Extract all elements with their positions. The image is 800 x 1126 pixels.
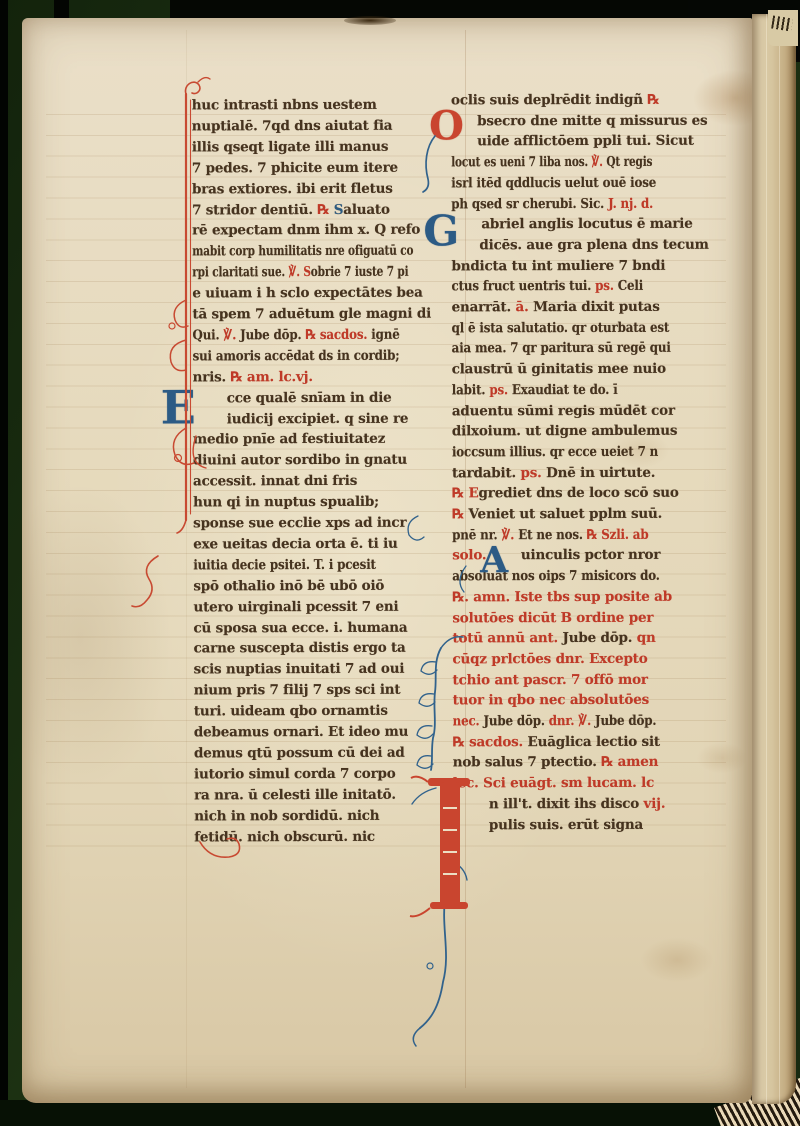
text-segment: nob salus 7 ptectio. — [453, 754, 602, 770]
text-line: ph qsed sr cherubi. Sic. J. nj. d. — [451, 193, 653, 215]
text-line: nris. ℞ am. lc.vj. — [193, 367, 313, 388]
illuminated-initial-o: O — [429, 106, 464, 146]
text-line: sui amoris accēdat ds in cordib; — [193, 346, 400, 368]
text-line: iutorio simul corda 7 corpo — [194, 764, 396, 786]
text-segment: rē expectam dnm ihm x. Q refo — [192, 222, 420, 239]
text-segment: Jube dōp. — [563, 630, 637, 646]
text-line: tuor in qbo nec absolutōes — [453, 690, 649, 712]
text-segment: exe ueitas decia orta ē. ti iu — [193, 536, 397, 553]
text-segment: hun qi in nuptus spualib; — [193, 494, 379, 511]
text-line: e uiuam i h sclo expectātes bea — [192, 283, 422, 305]
text-line: lec. Sci euāgt. sm lucam. lc — [453, 773, 654, 795]
text-segment: carne suscepta distis ergo ta — [194, 640, 406, 657]
text-segment: diuini autor sordibo in gnatu — [193, 452, 407, 469]
text-segment: spō othalio inō bē ubō oiō — [193, 577, 384, 594]
text-segment: dnr. ℣. — [549, 713, 595, 729]
text-line: solutōes dicūt B ordine per — [452, 607, 653, 629]
text-segment: Celi — [618, 278, 643, 294]
text-line: uide afflictōem ppli tui. Sicut — [451, 131, 694, 153]
text-line: bras extiores. ibi erit fletus — [192, 178, 393, 200]
text-segment: ℞ E — [452, 486, 479, 502]
text-segment: utero uirginali pcessit 7 eni — [193, 598, 398, 615]
text-line: sponse sue ecclie xps ad incr — [193, 513, 406, 535]
text-segment: ℞ — [647, 92, 659, 108]
text-line: claustrū ū ginitatis mee nuio — [452, 359, 666, 381]
text-segment: Maria dixit putas — [533, 299, 660, 315]
text-segment: enarrāt. — [452, 299, 516, 315]
text-line: iuitia decie psitei. T. i pcesit — [193, 555, 376, 577]
text-segment: iudicij excipiet. q sine re — [227, 410, 409, 427]
text-line: diuini autor sordibo in gnatu — [193, 450, 407, 472]
text-segment: ℞ am. lc.vj. — [230, 369, 312, 385]
text-line: ctus fruct uentris tui. ps. Celi — [451, 276, 643, 298]
text-segment: ℞ amen — [601, 754, 658, 770]
text-column-left: huc intrasti nbns uestemnuptialē. 7qd dn… — [192, 95, 443, 862]
text-line: utero uirginali pcessit 7 eni — [193, 596, 398, 618]
text-line: Qui. ℣. Jube dōp. ℞ sacdos. ignē — [192, 325, 399, 347]
text-line: nium pris 7 filij 7 sps sci int — [194, 680, 401, 702]
text-segment: 7 stridor dentiū. — [192, 201, 317, 217]
text-line: locut es ueni 7 liba nos. ℣. Qt regis — [451, 152, 652, 174]
text-segment: qn — [637, 630, 656, 646]
text-segment: nich in nob sordidū. nich — [194, 807, 379, 824]
left-bounding-line — [186, 30, 187, 1088]
text-segment: nium pris 7 filij 7 sps sci int — [194, 682, 401, 699]
text-line: n ill't. dixit ihs disco vij. — [453, 794, 666, 816]
text-line: spō othalio inō bē ubō oiō — [193, 575, 384, 597]
text-segment: ℞ — [317, 201, 333, 217]
text-line: nob salus 7 ptectio. ℞ amen — [453, 752, 659, 774]
text-segment: Jube dōp. — [595, 713, 656, 729]
text-segment: fetidū. nich obscurū. nic — [194, 828, 375, 845]
text-line: scis nuptias inuitati 7 ad oui — [194, 659, 405, 681]
text-segment: claustrū ū ginitatis mee nuio — [452, 361, 666, 378]
text-segment: sponse sue ecclie xps ad incr — [193, 515, 406, 532]
text-segment: ā. — [516, 299, 534, 315]
text-segment: dicēs. aue gra plena dns tecum — [479, 237, 708, 254]
text-segment: nec. — [453, 713, 484, 729]
manuscript-photo: huc intrasti nbns uestemnuptialē. 7qd dn… — [0, 0, 800, 1126]
text-line: tā spem 7 aduētum gle magni di — [192, 304, 431, 326]
text-segment: tuor in qbo nec absolutōes — [453, 692, 649, 709]
text-segment: n ill't. dixit ihs disco — [489, 796, 644, 812]
text-line: ℞ Egrediet dns de loco scō suo — [452, 483, 679, 505]
backdrop-top-shadow — [170, 0, 710, 20]
text-segment: e uiuam i h sclo expectātes bea — [192, 285, 422, 302]
next-page-text-marks — [771, 16, 793, 32]
text-segment: ℞ sacdos. — [453, 734, 528, 750]
text-segment: isrl itēd qddlucis uelut ouē iose — [451, 175, 656, 192]
text-line: oclis suis deplrēdit indigñ ℞ — [451, 90, 659, 112]
text-line: 7 stridor dentiū. ℞ Saluato — [192, 199, 390, 221]
text-segment: ps. — [489, 382, 512, 398]
text-segment: solutōes dicūt B ordine per — [452, 609, 653, 626]
text-line: mabit corp humilitatis nre ofiguatū co — [192, 241, 413, 263]
text-segment: S — [334, 201, 344, 217]
text-column-right: oclis suis deplrēdit indigñ ℞bsecro dne … — [451, 90, 713, 861]
text-line: bndicta tu int muliere 7 bndi — [451, 255, 665, 277]
text-line: ℞ Veniet ut saluet pplm suū. — [452, 504, 662, 526]
text-line: debeamus ornari. Et ideo mu — [194, 722, 408, 744]
text-segment: oclis suis deplrēdit indigñ — [451, 92, 647, 109]
backdrop-left-edge — [0, 0, 8, 1126]
text-segment: ℞ Szli. ab — [587, 527, 649, 543]
text-line: rē expectam dnm ihm x. Q refo — [192, 220, 420, 242]
text-line: dilxoium. ut digne ambulemus — [452, 421, 677, 443]
text-segment: uinculis pctor nror — [521, 547, 660, 563]
text-segment: ioccsum illius. qr ecce ueiet 7 n — [452, 444, 658, 461]
text-segment: grediet dns de loco scō suo — [479, 485, 679, 502]
text-segment: tchio ant pascr. 7 offō mor — [453, 671, 648, 688]
text-segment: iutorio simul corda 7 corpo — [194, 766, 396, 783]
text-segment: mabit corp humilitatis nre ofiguatū co — [192, 243, 413, 260]
text-segment: bras extiores. ibi erit fletus — [192, 180, 393, 197]
text-line: nec. Jube dōp. dnr. ℣. Jube dōp. — [453, 711, 657, 733]
illuminated-initial-g: G — [423, 211, 459, 253]
text-segment: accessit. innat dni fris — [193, 473, 357, 490]
text-segment: Jube dōp. — [240, 327, 305, 343]
text-line: cce qualē snīam in die — [193, 387, 392, 409]
text-segment: ℣. — [223, 327, 240, 343]
text-segment: ql ē ista salutatio. qr oturbata est — [452, 319, 670, 336]
text-segment: tardabit. — [452, 465, 521, 481]
text-segment: ℞. amn. Iste tbs sup posite ab — [452, 589, 672, 606]
text-segment: huc intrasti nbns uestem — [192, 97, 377, 114]
text-segment: aduentu sūmi regis mūdēt cor — [452, 402, 675, 419]
fore-edge-highlight — [766, 14, 767, 1104]
text-segment: J. nj. d. — [608, 195, 653, 211]
backdrop-bottom-shadow — [0, 1100, 800, 1126]
text-segment: Dnē in uirtute. — [546, 464, 655, 480]
illuminated-initial-e: E — [161, 384, 196, 430]
text-line: totū annū ant. Jube dōp. qn — [452, 628, 655, 650]
text-segment: Euāglica lectio sit — [528, 733, 660, 749]
text-segment: Qui. — [192, 327, 223, 343]
text-segment: medio pnīe ad festiuitatez — [193, 431, 385, 448]
text-segment: ℣. — [591, 154, 606, 170]
text-line: nich in nob sordidū. nich — [194, 805, 379, 827]
text-line: labit. ps. Exaudiat te do. ī — [452, 380, 618, 401]
text-line: bsecro dne mitte q missurus es — [451, 110, 707, 132]
text-segment: scis nuptias inuitati 7 ad oui — [194, 661, 405, 678]
text-segment: Exaudiat te do. ī — [512, 382, 618, 398]
text-segment: dilxoium. ut digne ambulemus — [452, 423, 677, 440]
text-segment: iuitia decie psitei. T. i pcesit — [193, 557, 376, 574]
text-line: medio pnīe ad festiuitatez — [193, 429, 385, 451]
fore-edge-highlight — [779, 14, 780, 1104]
text-segment: totū annū ant. — [452, 630, 562, 646]
text-segment: ℞ sacdos. — [305, 327, 371, 343]
text-segment: cce qualē snīam in die — [227, 389, 392, 406]
text-segment: obrie 7 iuste 7 pi — [311, 264, 409, 280]
text-line: carne suscepta distis ergo ta — [194, 638, 406, 660]
top-edge-blemish — [344, 16, 396, 25]
text-segment: aluato — [343, 201, 390, 217]
text-line: dicēs. aue gra plena dns tecum — [451, 235, 708, 257]
text-segment: debeamus ornari. Et ideo mu — [194, 724, 408, 741]
text-segment: ph qsed sr cherubi. Sic. — [451, 195, 608, 211]
text-line: cūqz prlctōes dnr. Excepto — [452, 649, 647, 671]
text-segment: uide afflictōem ppli tui. Sicut — [477, 133, 694, 150]
text-segment: labit. — [452, 382, 490, 398]
text-segment: ra nra. ū celesti ille initatō. — [194, 786, 396, 803]
text-segment: cū sposa sua ecce. i. humana — [193, 619, 407, 636]
text-line: ioccsum illius. qr ecce ueiet 7 n — [452, 442, 658, 464]
text-line: pulis suis. erūt signa — [453, 814, 643, 835]
text-segment: tā spem 7 aduētum gle magni di — [192, 306, 431, 323]
text-segment: turi. uideam qbo ornamtis — [194, 703, 388, 720]
text-segment: illis qseqt ligate illi manus — [192, 139, 389, 156]
text-segment: sui amoris accēdat ds in cordib; — [193, 348, 400, 365]
text-segment: vij. — [644, 796, 666, 812]
text-segment: ctus fruct uentris tui. — [451, 278, 595, 294]
text-segment: ℞ — [452, 506, 468, 522]
text-line: exe ueitas decia orta ē. ti iu — [193, 534, 397, 556]
text-line: ℞ sacdos. Euāglica lectio sit — [453, 731, 660, 753]
text-segment: Veniet ut saluet pplm suū. — [468, 506, 662, 523]
text-segment: ℣. S — [288, 264, 310, 280]
text-line: illis qseqt ligate illi manus — [192, 137, 389, 159]
text-line: nuptialē. 7qd dns aiutat fia — [192, 116, 393, 138]
text-line: ql ē ista salutatio. qr oturbata est — [452, 317, 670, 339]
text-line: abriel anglis locutus ē marie — [451, 214, 692, 236]
text-segment: Jube dōp. — [483, 713, 548, 729]
text-segment: demus qtū possum cū dei ad — [194, 745, 405, 762]
text-line: rpi claritati sue. ℣. Sobrie 7 iuste 7 p… — [192, 262, 408, 284]
text-segment: nuptialē. 7qd dns aiutat fia — [192, 118, 393, 135]
text-line: isrl itēd qddlucis uelut ouē iose — [451, 173, 656, 195]
text-line: tardabit. ps. Dnē in uirtute. — [452, 462, 655, 484]
text-segment: bsecro dne mitte q missurus es — [477, 112, 707, 129]
text-segment: ps. — [595, 278, 618, 294]
text-line: cū sposa sua ecce. i. humana — [193, 617, 407, 639]
text-segment: bndicta tu int muliere 7 bndi — [451, 257, 665, 274]
text-line: ra nra. ū celesti ille initatō. — [194, 784, 396, 806]
text-line: turi. uideam qbo ornamtis — [194, 701, 388, 723]
next-page-sliver — [768, 10, 798, 46]
text-line: enarrāt. ā. Maria dixit putas — [452, 297, 660, 319]
text-segment: locut es ueni 7 liba nos. — [451, 154, 591, 170]
text-line: hun qi in nuptus spualib; — [193, 492, 379, 514]
text-line: accessit. innat dni fris — [193, 471, 357, 493]
text-segment: aia mea. 7 qr paritura sū regē qui — [452, 340, 671, 357]
text-segment: rpi claritati sue. — [192, 264, 288, 280]
text-segment: Qt regis — [606, 154, 652, 170]
text-segment: ps. — [520, 465, 546, 481]
text-line: ℞. amn. Iste tbs sup posite ab — [452, 587, 672, 609]
text-line: aduentu sūmi regis mūdēt cor — [452, 400, 675, 422]
illuminated-initial-a: A — [480, 543, 508, 579]
text-line: huc intrasti nbns uestem — [192, 95, 377, 117]
text-segment: abriel anglis locutus ē marie — [481, 216, 692, 233]
text-line: fetidū. nich obscurū. nic — [194, 826, 375, 848]
book-fore-edge — [752, 14, 796, 1104]
text-line: 7 pedes. 7 phicite eum itere — [192, 157, 398, 179]
manuscript-page: huc intrasti nbns uestemnuptialē. 7qd dn… — [22, 18, 752, 1103]
text-line: iudicij excipiet. q sine re — [193, 408, 409, 430]
text-line: aia mea. 7 qr paritura sū regē qui — [452, 338, 671, 360]
text-segment: cūqz prlctōes dnr. Excepto — [452, 651, 647, 668]
text-segment: lec. Sci euāgt. sm lucam. lc — [453, 775, 654, 792]
text-segment: nris. — [193, 369, 231, 385]
text-segment: ignē — [371, 327, 399, 343]
text-segment: Et ne nos. — [518, 527, 587, 543]
text-segment: 7 pedes. 7 phicite eum itere — [192, 159, 398, 176]
text-segment: pulis suis. erūt signa — [489, 816, 643, 832]
text-line: tchio ant pascr. 7 offō mor — [453, 669, 648, 691]
text-line: demus qtū possum cū dei ad — [194, 743, 405, 765]
